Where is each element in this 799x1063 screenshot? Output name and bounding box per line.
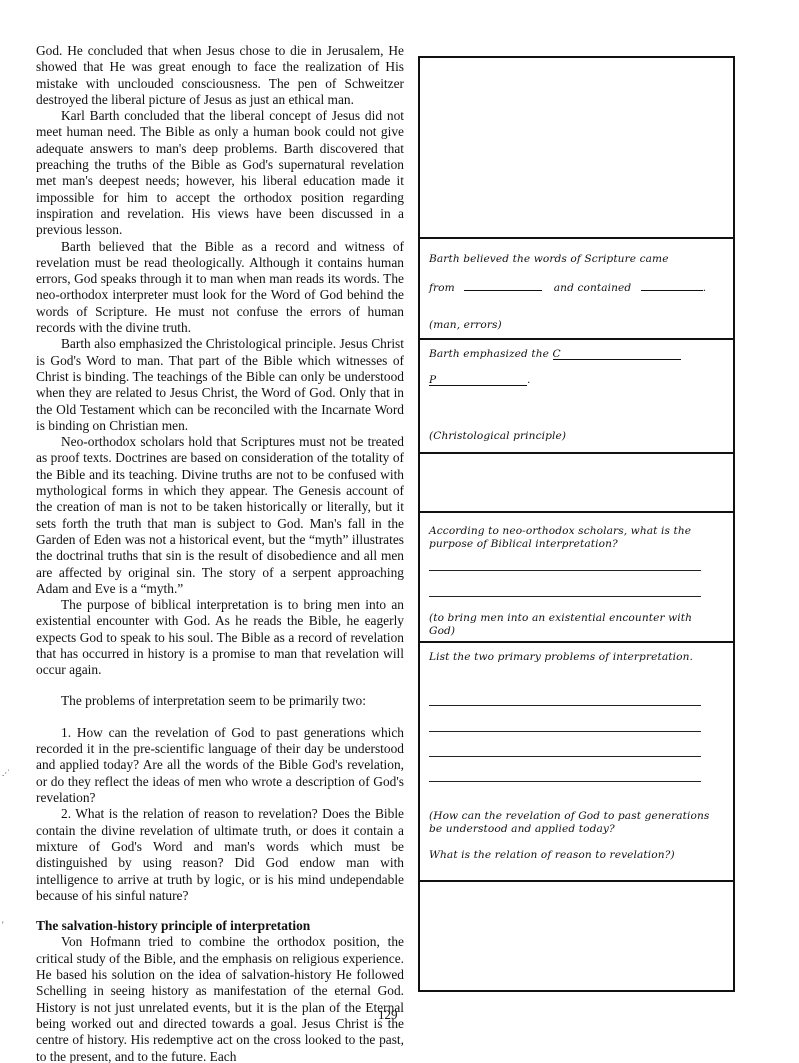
textbook-page: God. He concluded that when Jesus chose … [0,0,799,1063]
answer-line[interactable] [429,570,701,571]
study-box-empty [420,452,733,511]
blank-principle[interactable]: P [429,374,527,386]
answer-line[interactable] [429,781,701,782]
study-box-2: Barth emphasized the C P. (Christologica… [420,338,733,452]
paragraph-christological-principle: Barth also emphasized the Christological… [36,336,404,434]
box-3-prompt: According to neo-orthodox scholars, what… [429,525,721,551]
problem-1: 1. How can the revelation of God to past… [36,725,404,806]
scan-speck: .·ˈ [2,768,10,778]
study-box-bottom-empty [420,880,733,992]
box-1-fill-line: from and contained . [429,279,721,295]
blank-answer-2[interactable] [641,279,703,291]
box-2-fill-line: P. [429,374,721,387]
paragraph-karl-barth: Karl Barth concluded that the liberal co… [36,108,404,238]
main-text-column: God. He concluded that when Jesus chose … [36,43,404,1063]
box-2-prompt: Barth emphasized the C [429,348,721,361]
box-1-prompt: Barth believed the words of Scripture ca… [429,253,721,266]
blank-answer-1[interactable] [464,279,542,291]
box-4-prompt: List the two primary problems of interpr… [429,651,721,664]
blank-christological[interactable]: C [553,348,681,360]
study-box-3: According to neo-orthodox scholars, what… [420,511,733,641]
box-1-answer: (man, errors) [429,319,721,332]
box-3-answer: (to bring men into an existential encoun… [429,612,721,638]
study-box-1: Barth believed the words of Scripture ca… [420,237,733,338]
answer-line[interactable] [429,731,701,732]
paragraph-neo-orthodox-scholars: Neo-orthodox scholars hold that Scriptur… [36,434,404,597]
section-heading-salvation-history: The salvation-history principle of inter… [36,918,404,934]
page-number: 129 [378,1007,398,1023]
paragraph-von-hofmann: Von Hofmann tried to combine the orthodo… [36,934,404,1063]
scan-speck: ' [2,920,4,930]
paragraph-barth-theological-reading: Barth believed that the Bible as a recor… [36,239,404,337]
problem-2: 2. What is the relation of reason to rev… [36,806,404,904]
box-4-answer-1: (How can the revelation of God to past g… [429,810,721,836]
box-2-answer: (Christological principle) [429,430,721,443]
paragraph-problems-intro: The problems of interpretation seem to b… [36,693,404,709]
paragraph-purpose-of-interpretation: The purpose of biblical interpretation i… [36,597,404,678]
answer-line[interactable] [429,596,701,597]
programmed-study-frame: Barth believed the words of Scripture ca… [418,56,735,992]
answer-line[interactable] [429,756,701,757]
box-4-answer-2: What is the relation of reason to revela… [429,849,721,862]
study-box-4: List the two primary problems of interpr… [420,641,733,880]
paragraph-schweitzer: God. He concluded that when Jesus chose … [36,43,404,108]
answer-line[interactable] [429,705,701,706]
